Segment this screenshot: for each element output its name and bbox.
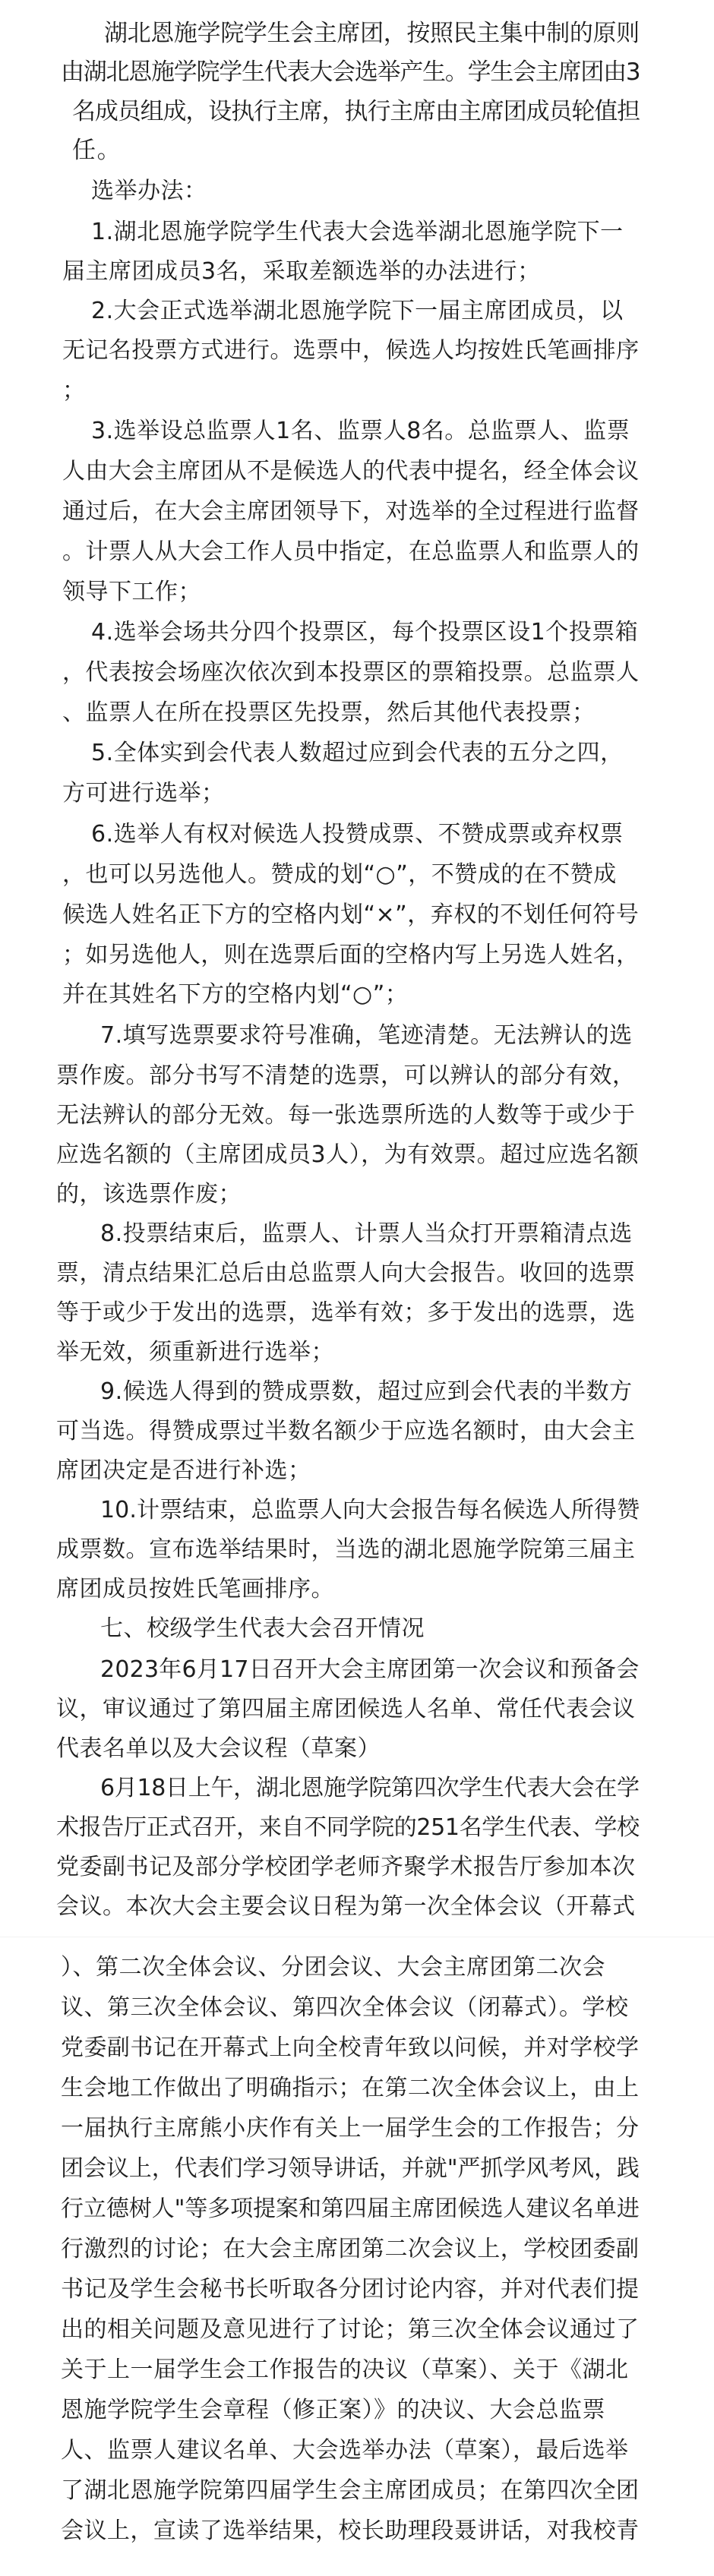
text-line: 名成员组成，设执行主席，执行主席由主席团成员轮值担: [72, 98, 640, 125]
text-line: 无记名投票方式进行。选票中，候选人均按姓氏笔画排序: [62, 337, 640, 365]
text-line: 人、监票人建议名单、大会选举办法（草案），最后选举: [61, 2437, 629, 2464]
text-line: 2023年6月17日召开大会主席团第一次会议和预备会: [100, 1656, 640, 1684]
election-method-heading: 选举办法：: [91, 178, 207, 205]
text-line: 9.候选人得到的赞成票数，超过应到会代表的半数方: [100, 1378, 633, 1406]
text-line: 行立德树人"等多项提案和第四届主席团候选人建议名单进: [61, 2196, 640, 2223]
text-line: 5.全体实到会代表人数超过应到会代表的五分之四，: [91, 740, 624, 767]
text-line: 湖北恩施学院学生会主席团，按照民主集中制的原则: [104, 20, 640, 47]
text-line: 由湖北恩施学院学生代表大会选举产生。学生会主席团由3: [61, 58, 640, 86]
text-line: 2.大会正式选举湖北恩施学院下一届主席团成员，以: [91, 298, 624, 325]
text-line: 成票数。宣布选举结果时，当选的湖北恩施学院第三届主: [56, 1536, 636, 1564]
text-line: 代表名单以及大会议程（草案）: [56, 1735, 381, 1763]
section-seven-heading: 七、校级学生代表大会召开情况: [100, 1615, 425, 1643]
text-line: 议，审议通过了第四届主席团候选人名单、常任代表会议: [56, 1696, 636, 1723]
screenshot-seam-divider: [0, 1937, 714, 1937]
text-line: 届主席团成员3名，采取差额选举的办法进行；: [62, 258, 541, 286]
text-line: ）、第二次全体会议、分团会议、大会主席团第二次会: [61, 1954, 605, 1981]
text-line: ，也可以另选他人。赞成的划“○”，不赞成的在不赞成: [62, 861, 617, 889]
text-line: 席团成员按姓氏笔画排序。: [56, 1576, 334, 1603]
text-line: 。计票人从大会工作人员中指定，在总监票人和监票人的: [62, 538, 640, 566]
text-line: 会议上，宣读了选举结果，校长助理段聂讲话，对我校青: [61, 2518, 640, 2545]
text-line: 候选人姓名正下方的空格内划“×”，弃权的不划任何符号: [62, 901, 639, 929]
text-line: 领导下工作；: [62, 579, 201, 606]
text-line: 4.选举会场共分四个投票区，每个投票区设1个投票箱: [91, 619, 638, 646]
text-line: 3.选举设总监票人1名、监票人8名。总监票人、监票: [91, 418, 630, 445]
text-line: 恩施学院学生会章程（修正案）》的决议、大会总监票: [61, 2397, 605, 2424]
text-line: 会议。本次大会主要会议日程为第一次全体会议（开幕式: [56, 1893, 636, 1921]
text-line: 、监票人在所在投票区先投票，然后其他代表投票；: [62, 699, 596, 727]
text-line: 8.投票结束后，监票人、计票人当众打开票箱清点选: [100, 1220, 633, 1248]
text-line: ，代表按会场座次依次到本投票区的票箱投票。总监票人: [62, 659, 640, 687]
text-line: 6.选举人有权对候选人投赞成票、不赞成票或弃权票: [91, 821, 624, 848]
text-line: 可当选。得赞成票过半数名额少于应选名额时，由大会主: [56, 1418, 636, 1445]
text-line: 人由大会主席团从不是候选人的代表中提名，经全体会议: [62, 458, 640, 485]
text-line: 无法辨认的部分无效。每一张选票所选的人数等于或少于: [56, 1102, 636, 1129]
text-line: 了湖北恩施学院第四届学生会主席团成员；在第四次全团: [61, 2477, 640, 2505]
text-line: 关于上一届学生会工作报告的决议（草案）、关于《湖北: [61, 2357, 629, 2384]
text-line: 6月18日上午，湖北恩施学院第四次学生代表大会在学: [100, 1775, 640, 1802]
text-line: 一届执行主席熊小庆作有关上一届学生会的工作报告；分: [61, 2115, 640, 2142]
text-line: ；: [62, 377, 86, 405]
text-line: 任。: [72, 137, 122, 164]
text-line: 生会地工作做出了明确指示；在第二次全体会议上，由上: [61, 2075, 640, 2102]
text-line: 应选名额的（主席团成员3人），为有效票。超过应选名额: [56, 1141, 639, 1169]
text-line: 等于或少于发出的选票，选举有效；多于发出的选票，选: [56, 1299, 636, 1327]
text-line: 术报告厅正式召开，来自不同学院的251名学生代表、学校: [56, 1814, 640, 1842]
text-line: 举无效，须重新进行选举；: [56, 1339, 334, 1366]
text-line: 团会议上，代表们学习领导讲话，并就"严抓学风考风，践: [61, 2155, 640, 2183]
text-line: 并在其姓名下方的空格内划“○”；: [62, 981, 408, 1009]
text-line: 票作废。部分书写不清楚的选票，可以辨认的部分有效，: [56, 1062, 636, 1090]
text-line: 的，该选票作废；: [56, 1181, 242, 1208]
text-line: 议、第三次全体会议、第四次全体会议（闭幕式）。学校: [61, 1994, 629, 2022]
text-line: ；如另选他人，则在选票后面的空格内写上另选人姓名，: [62, 942, 640, 969]
text-line: 10.计票结束，总监票人向大会报告每名候选人所得赞: [100, 1497, 640, 1524]
text-line: 通过后，在大会主席团领导下，对选举的全过程进行监督: [62, 498, 640, 526]
text-line: 党委副书记在开幕式上向全校青年致以问候，并对学校学: [61, 2035, 640, 2062]
text-line: 书记及学生会秘书长听取各分团讨论内容，并对代表们提: [61, 2276, 640, 2303]
text-line: 出的相关问题及意见进行了讨论；第三次全体会议通过了: [61, 2316, 640, 2344]
text-line: 1.湖北恩施学院学生代表大会选举湖北恩施学院下一: [91, 219, 624, 246]
text-line: 7.填写选票要求符号准确，笔迹清楚。无法辨认的选: [100, 1022, 633, 1050]
text-line: 票，清点结果汇总后由总监票人向大会报告。收回的选票: [56, 1260, 636, 1287]
text-line: 席团决定是否进行补选；: [56, 1457, 311, 1485]
text-line: 方可进行选举；: [62, 780, 225, 807]
text-line: 党委副书记及部分学校团学老师齐聚学术报告厅参加本次: [56, 1854, 636, 1881]
text-line: 行激烈的讨论；在大会主席团第二次会议上，学校团委副: [61, 2236, 640, 2263]
